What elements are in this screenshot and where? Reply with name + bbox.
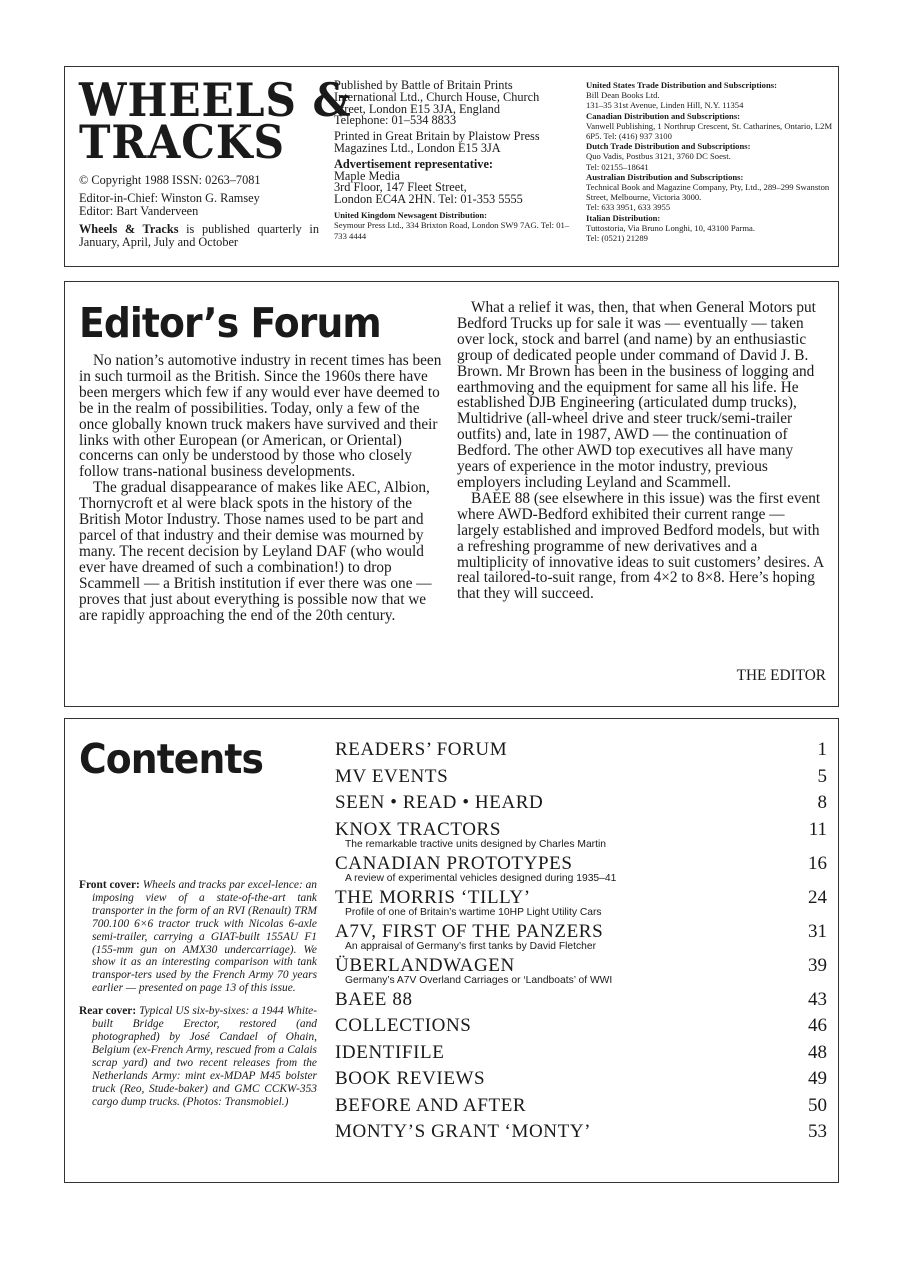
toc-row: BAEE 8843	[335, 989, 827, 1011]
masthead-publisher-info: Published by Battle of Britain Prints In…	[334, 80, 574, 245]
front-cover-caption: Front cover: Wheels and tracks par excel…	[79, 879, 317, 995]
toc-row: BEFORE AND AFTER50	[335, 1095, 827, 1117]
toc-entry-title: A7V, FIRST OF THE PANZERS	[335, 921, 603, 943]
masthead-credits: © Copyright 1988 ISSN: 0263–7081 Editor-…	[79, 174, 319, 254]
distribution-dutch: Dutch Trade Distribution and Subscriptio…	[586, 141, 836, 172]
toc-entry-title: MV EVENTS	[335, 766, 448, 788]
forum-paragraph: BAEE 88 (see elsewhere in this issue) wa…	[457, 491, 829, 602]
distribution-us: United States Trade Distribution and Sub…	[586, 80, 836, 111]
toc-entry[interactable]: READERS’ FORUM1	[335, 739, 827, 761]
toc-entry-title: BEFORE AND AFTER	[335, 1095, 526, 1117]
toc-entry-page: 11	[809, 819, 827, 841]
distribution-heading: United States Trade Distribution and Sub…	[586, 80, 836, 90]
toc-row: MV EVENTS5	[335, 766, 827, 788]
toc-row: CANADIAN PROTOTYPES16	[335, 853, 827, 875]
magazine-logo: WHEELS & TRACKS	[79, 79, 352, 163]
distribution-australia: Australian Distribution and Subscription…	[586, 172, 836, 213]
toc-entry[interactable]: BOOK REVIEWS49	[335, 1068, 827, 1090]
toc-row: MONTY’S GRANT ‘MONTY’53	[335, 1121, 827, 1143]
forum-paragraph: The gradual disappearance of makes like …	[79, 480, 444, 623]
publication-name: Wheels & Tracks	[79, 222, 179, 236]
advert-city: London EC4A 2HN. Tel: 01-353 5555	[334, 192, 523, 206]
publication-schedule: Wheels & Tracks is published quarterly i…	[79, 223, 319, 249]
distribution-list: United States Trade Distribution and Sub…	[586, 80, 836, 243]
forum-column-left: No nation’s automotive industry in recen…	[79, 323, 444, 623]
toc-row: READERS’ FORUM1	[335, 739, 827, 761]
toc-entry-page: 5	[818, 766, 828, 788]
toc-entry-page: 53	[808, 1121, 827, 1143]
toc-entry[interactable]: COLLECTIONS46	[335, 1015, 827, 1037]
toc-entry-page: 50	[808, 1095, 827, 1117]
toc-entry-title: MONTY’S GRANT ‘MONTY’	[335, 1121, 591, 1143]
editor: Editor: Bart Vanderveen	[79, 204, 198, 218]
contents-box: Contents Front cover: Wheels and tracks …	[64, 718, 839, 1183]
toc-entry[interactable]: MONTY’S GRANT ‘MONTY’53	[335, 1121, 827, 1143]
editor-in-chief: Editor-in-Chief: Winston G. Ramsey	[79, 191, 260, 205]
toc-entry-title: ÜBERLANDWAGEN	[335, 955, 515, 977]
toc-entry[interactable]: KNOX TRACTORS11The remarkable tractive u…	[335, 819, 827, 850]
uk-body: Seymour Press Ltd., 334 Brixton Road, Lo…	[334, 220, 569, 240]
toc-entry-page: 48	[808, 1042, 827, 1064]
copyright: © Copyright 1988 ISSN: 0263–7081	[79, 174, 319, 187]
uk-heading: United Kingdom Newsagent Distribution:	[334, 210, 487, 220]
toc-entry-title: KNOX TRACTORS	[335, 819, 501, 841]
toc-entry-title: READERS’ FORUM	[335, 739, 507, 761]
toc-entry-title: BAEE 88	[335, 989, 413, 1011]
distribution-italy: Italian Distribution:Tuttostoria, Via Br…	[586, 213, 836, 244]
table-of-contents: READERS’ FORUM1MV EVENTS5SEEN • READ • H…	[335, 739, 827, 1148]
printer: Printed in Great Britain by Plaistow Pre…	[334, 131, 574, 155]
masthead-box: WHEELS & TRACKS © Copyright 1988 ISSN: 0…	[64, 66, 839, 267]
toc-entry-page: 16	[808, 853, 827, 875]
toc-entry[interactable]: SEEN • READ • HEARD8	[335, 792, 827, 814]
toc-row: COLLECTIONS46	[335, 1015, 827, 1037]
front-cover-text: Wheels and tracks par excel-lence: an im…	[92, 879, 317, 994]
distribution-body: Quo Vadis, Postbus 3121, 3760 DC Soest. …	[586, 151, 836, 171]
toc-entry[interactable]: THE MORRIS ‘TILLY’24Profile of one of Br…	[335, 887, 827, 918]
distribution-body: Tuttostoria, Via Bruno Longhi, 10, 43100…	[586, 223, 836, 243]
toc-row: ÜBERLANDWAGEN39	[335, 955, 827, 977]
contents-title: Contents	[79, 735, 263, 783]
toc-row: BOOK REVIEWS49	[335, 1068, 827, 1090]
toc-entry-title: BOOK REVIEWS	[335, 1068, 485, 1090]
distribution-heading: Italian Distribution:	[586, 213, 836, 223]
logo-line-2: TRACKS	[79, 121, 352, 163]
toc-entry[interactable]: IDENTIFILE48	[335, 1042, 827, 1064]
toc-entry[interactable]: CANADIAN PROTOTYPES16A review of experim…	[335, 853, 827, 884]
cover-captions: Front cover: Wheels and tracks par excel…	[79, 879, 317, 1118]
front-cover-label: Front cover:	[79, 879, 140, 891]
editors-forum-box: Editor’s Forum No nation’s automotive in…	[64, 281, 839, 707]
forum-column-right: What a relief it was, then, that when Ge…	[457, 300, 829, 602]
rear-cover-caption: Rear cover: Typical US six-by-sixes: a 1…	[79, 1005, 317, 1108]
toc-entry-subtitle: Germany’s A7V Overland Carriages or ‘Lan…	[335, 975, 827, 986]
toc-entry-page: 31	[808, 921, 827, 943]
toc-entry-page: 46	[808, 1015, 827, 1037]
distribution-heading: Dutch Trade Distribution and Subscriptio…	[586, 141, 836, 151]
publisher: Published by Battle of Britain Prints In…	[334, 80, 574, 127]
toc-entry[interactable]: MV EVENTS5	[335, 766, 827, 788]
editor-credits: Editor-in-Chief: Winston G. Ramsey Edito…	[79, 192, 319, 218]
forum-paragraph: No nation’s automotive industry in recen…	[79, 353, 444, 480]
toc-entry[interactable]: BAEE 8843	[335, 989, 827, 1011]
publisher-address: Published by Battle of Britain Prints In…	[334, 78, 539, 116]
uk-distribution: United Kingdom Newsagent Distribution: S…	[334, 210, 574, 241]
distribution-heading: Australian Distribution and Subscription…	[586, 172, 836, 182]
toc-row: KNOX TRACTORS11	[335, 819, 827, 841]
toc-entry-subtitle: An appraisal of Germany’s first tanks by…	[335, 941, 827, 952]
toc-entry-page: 43	[808, 989, 827, 1011]
toc-entry-subtitle: The remarkable tractive units designed b…	[335, 839, 827, 850]
toc-entry[interactable]: A7V, FIRST OF THE PANZERS31An appraisal …	[335, 921, 827, 952]
distribution-canada: Canadian Distribution and Subscriptions:…	[586, 111, 836, 142]
distribution-heading: Canadian Distribution and Subscriptions:	[586, 111, 836, 121]
distribution-body: Bill Dean Books Ltd. 131–35 31st Avenue,…	[586, 90, 836, 110]
toc-row: A7V, FIRST OF THE PANZERS31	[335, 921, 827, 943]
forum-paragraph: What a relief it was, then, that when Ge…	[457, 300, 829, 491]
toc-entry-page: 1	[818, 739, 828, 761]
toc-entry-title: IDENTIFILE	[335, 1042, 444, 1064]
toc-row: THE MORRIS ‘TILLY’24	[335, 887, 827, 909]
toc-row: IDENTIFILE48	[335, 1042, 827, 1064]
distribution-body: Technical Book and Magazine Company, Pty…	[586, 182, 836, 213]
toc-entry[interactable]: BEFORE AND AFTER50	[335, 1095, 827, 1117]
toc-entry-title: COLLECTIONS	[335, 1015, 471, 1037]
rear-cover-text: Typical US six-by-sixes: a 1944 White-bu…	[92, 1005, 317, 1107]
distribution-body: Vanwell Publishing, 1 Northrup Crescent,…	[586, 121, 836, 141]
toc-entry-page: 39	[808, 955, 827, 977]
toc-entry-title: SEEN • READ • HEARD	[335, 792, 543, 814]
publisher-telephone: Telephone: 01–534 8833	[334, 113, 456, 127]
rear-cover-label: Rear cover:	[79, 1005, 136, 1017]
forum-signoff: THE EDITOR	[737, 667, 826, 685]
toc-entry-title: THE MORRIS ‘TILLY’	[335, 887, 531, 909]
toc-row: SEEN • READ • HEARD8	[335, 792, 827, 814]
advertisement-info: Advertisement representative: Maple Medi…	[334, 159, 574, 206]
toc-entry-title: CANADIAN PROTOTYPES	[335, 853, 573, 875]
toc-entry-page: 24	[808, 887, 827, 909]
toc-entry-subtitle: A review of experimental vehicles design…	[335, 873, 827, 884]
toc-entry[interactable]: ÜBERLANDWAGEN39Germany’s A7V Overland Ca…	[335, 955, 827, 986]
toc-entry-subtitle: Profile of one of Britain’s wartime 10HP…	[335, 907, 827, 918]
toc-entry-page: 8	[818, 792, 828, 814]
toc-entry-page: 49	[808, 1068, 827, 1090]
